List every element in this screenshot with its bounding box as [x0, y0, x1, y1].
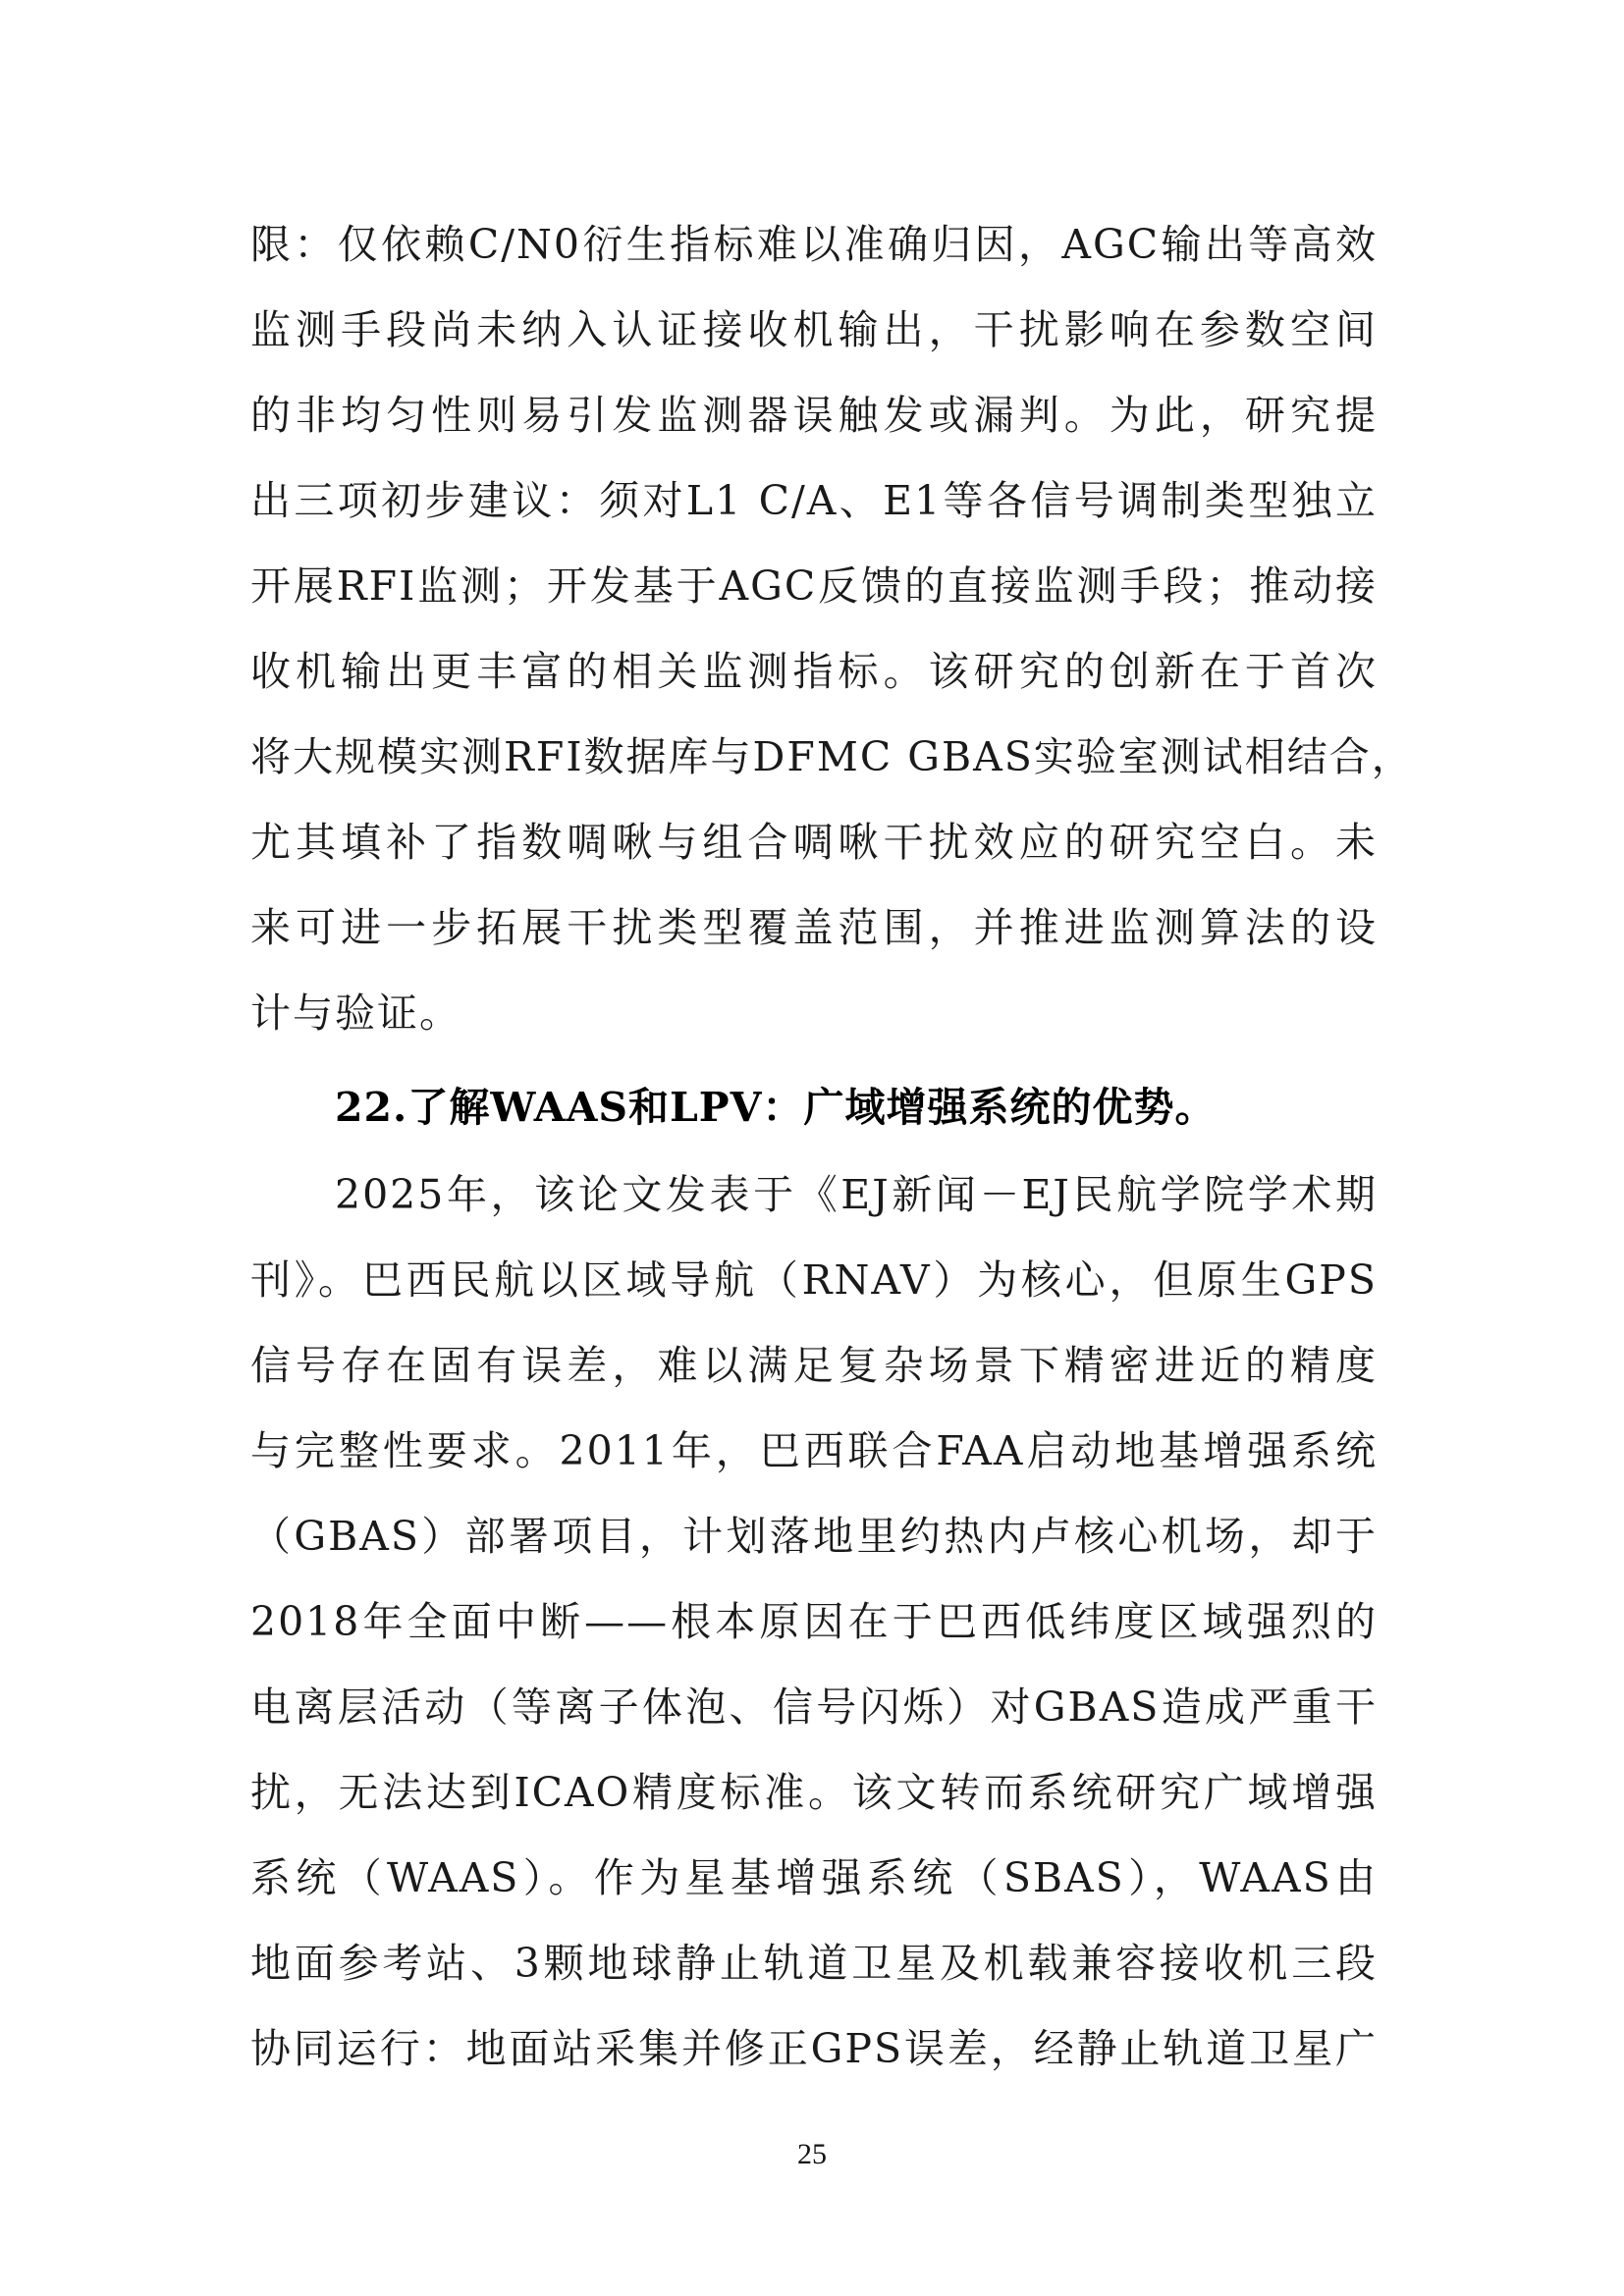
paragraph-line: 监测手段尚未纳入认证接收机输出，干扰影响在参数空间 [250, 288, 1378, 373]
paragraph-line: 与完整性要求。2011年，巴西联合FAA启动地基增强系统 [250, 1409, 1378, 1494]
paragraph-line: 系统（WAAS）。作为星基增强系统（SBAS），WAAS由 [250, 1836, 1378, 1921]
paragraph-line: 刊》。巴西民航以区域导航（RNAV）为核心，但原生GPS [250, 1238, 1378, 1323]
body-text: 限：仅依赖C/N0衍生指标难以准确归因，AGC输出等高效 监测手段尚未纳入认证接… [250, 202, 1378, 2092]
paragraph-line: 将大规模实测RFI数据库与DFMC GBAS实验室测试相结合， [250, 715, 1378, 800]
paragraph-line: 收机输出更丰富的相关监测指标。该研究的创新在于首次 [250, 629, 1378, 715]
paragraph-line: 的非均匀性则易引发监测器误触发或漏判。为此，研究提 [250, 373, 1378, 458]
paragraph-line: 电离层活动（等离子体泡、信号闪烁）对GBAS造成严重干 [250, 1665, 1378, 1750]
paragraph-line: 开展RFI监测；开发基于AGC反馈的直接监测手段；推动接 [250, 544, 1378, 629]
paragraph-1: 限：仅依赖C/N0衍生指标难以准确归因，AGC输出等高效 监测手段尚未纳入认证接… [250, 202, 1378, 1056]
paragraph-line: 2025年，该论文发表于《EJ新闻－EJ民航学院学术期 [250, 1152, 1378, 1238]
paragraph-line: 限：仅依赖C/N0衍生指标难以准确归因，AGC输出等高效 [250, 202, 1378, 288]
paragraph-line: 计与验证。 [250, 971, 1378, 1056]
paragraph-2: 2025年，该论文发表于《EJ新闻－EJ民航学院学术期 刊》。巴西民航以区域导航… [250, 1152, 1378, 2092]
paragraph-line: 扰，无法达到ICAO精度标准。该文转而系统研究广域增强 [250, 1750, 1378, 1836]
paragraph-line: 2018年全面中断——根本原因在于巴西低纬度区域强烈的 [250, 1579, 1378, 1665]
paragraph-line: 出三项初步建议：须对L1 C/A、E1等各信号调制类型独立 [250, 458, 1378, 544]
paragraph-line: 地面参考站、3颗地球静止轨道卫星及机载兼容接收机三段 [250, 1921, 1378, 2006]
paragraph-line: （GBAS）部署项目，计划落地里约热内卢核心机场，却于 [250, 1494, 1378, 1579]
paragraph-line: 尤其填补了指数啁啾与组合啁啾干扰效应的研究空白。未 [250, 800, 1378, 885]
paragraph-line: 来可进一步拓展干扰类型覆盖范围，并推进监测算法的设 [250, 885, 1378, 971]
section-heading: 22.了解WAAS和LPV：广域增强系统的优势。 [250, 1062, 1378, 1152]
page-number: 25 [0, 2138, 1624, 2171]
document-page: 限：仅依赖C/N0衍生指标难以准确归因，AGC输出等高效 监测手段尚未纳入认证接… [0, 0, 1624, 2296]
paragraph-line: 协同运行：地面站采集并修正GPS误差，经静止轨道卫星广 [250, 2006, 1378, 2092]
paragraph-line: 信号存在固有误差，难以满足复杂场景下精密进近的精度 [250, 1323, 1378, 1409]
